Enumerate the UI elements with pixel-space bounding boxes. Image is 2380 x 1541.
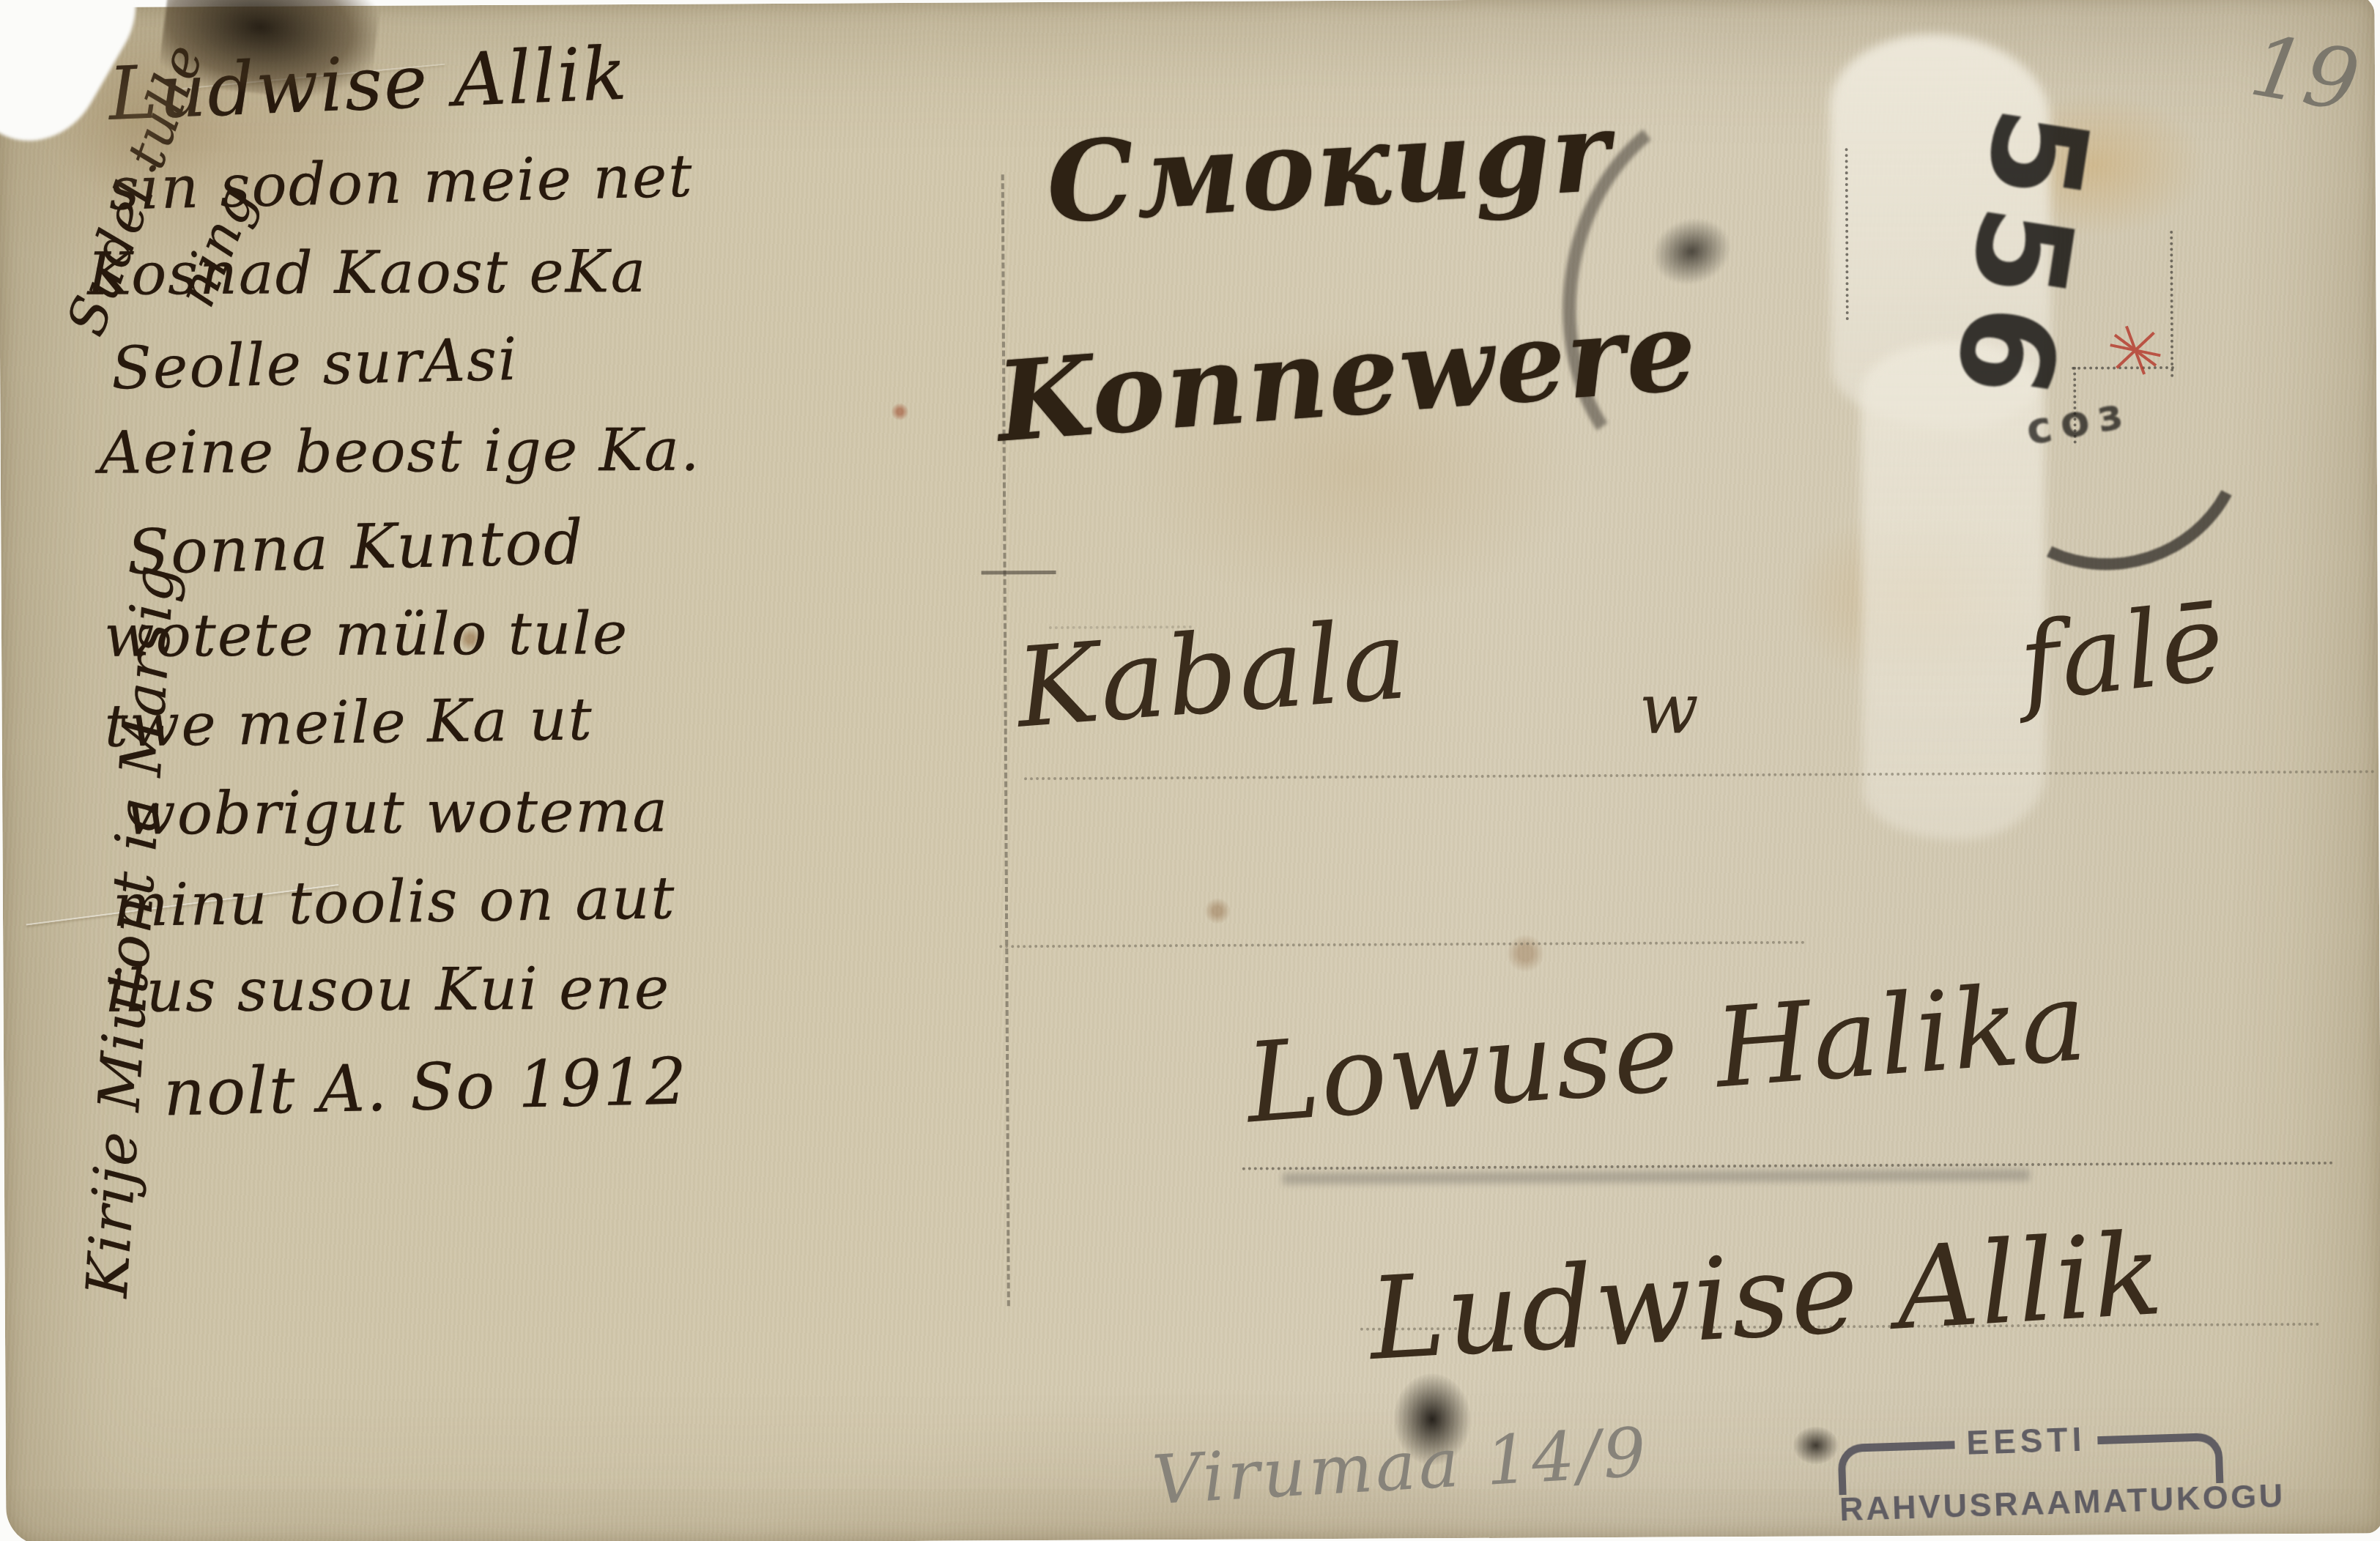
address-rule-3 [1242, 1162, 2334, 1170]
divider-tick [982, 571, 1056, 575]
address-line-1: Смокиgr [1043, 87, 1614, 248]
message-line-11: ilus susou Kui ene [105, 954, 670, 1025]
message-line-12: nolt A. So 1912 [163, 1043, 689, 1130]
message-line-9: wobrigut wotema [125, 777, 669, 848]
message-line-4: Seolle surAsi [111, 325, 519, 403]
postcard-scan: 556 соз Ludwise Allik sin sodon meie net… [0, 0, 2380, 1541]
library-stamp: EESTI RAHVUSRAAMATUKOGU [1837, 1433, 2224, 1529]
message-line-10: minu toolis on aut [112, 864, 676, 940]
message-line-6: Sonna Kuntod [126, 506, 585, 588]
address-line-3-small: w [1639, 669, 1700, 749]
address-line-3-right: falē [2014, 580, 2231, 726]
message-line-5: Aeine beost ige Ka. [99, 415, 700, 486]
address-rule-2 [999, 941, 1805, 948]
address-line-2: Konnewere [993, 286, 1702, 467]
pencil-location-note: Virumaa 14/9 [1150, 1413, 1650, 1520]
postcard-back: 556 соз Ludwise Allik sin sodon meie net… [0, 0, 2380, 1541]
pencil-page-number: 19 [2244, 17, 2366, 132]
address-rule-1 [1024, 770, 2376, 781]
address-line-3-station: Kabala [1012, 596, 1414, 753]
message-line-3: Kosnad Kaost eKa [87, 237, 647, 308]
ink-blot-small [1793, 1426, 1839, 1464]
library-stamp-text-eesti: EESTI [1954, 1426, 2098, 1455]
pencil-smudge [1283, 1169, 2030, 1184]
address-line-5: Ludwise Allik [1365, 1208, 2167, 1386]
address-line-4: Lowuse Halika [1242, 958, 2092, 1148]
